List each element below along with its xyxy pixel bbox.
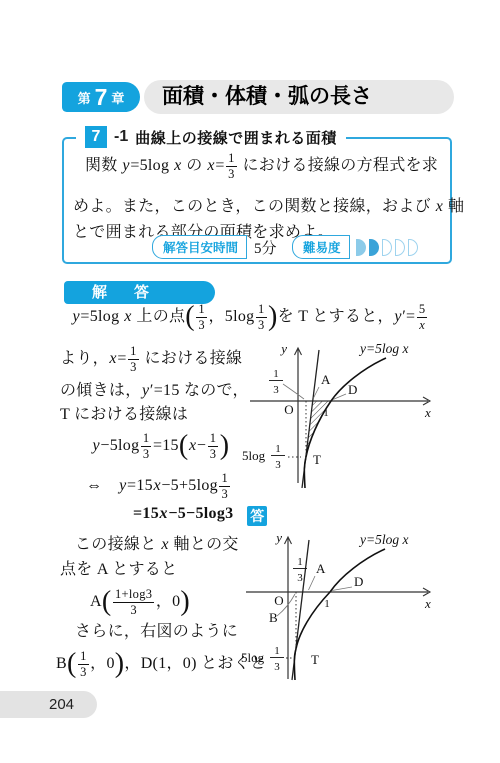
solution-line-7: =15x−5−5log3答 [133,505,267,526]
solution-line-4: T における接線は [60,401,188,424]
leader-a [309,576,316,590]
solution-line-8: この接線と x 軸との交 [75,531,239,554]
point-b-label: B [269,610,278,625]
final-tangent-equation: =15x−5−5log3 [133,505,233,522]
chapter-prefix: 第 [78,88,91,107]
log-curve [294,549,385,680]
x-frac-denominator: 3 [297,572,303,584]
solution-line-1: y=5log x 上の点(13，5log13)を T とすると，y′=5x [72,303,429,332]
chapter-title: 面積・体積・弧の長さ [144,80,454,114]
tick-one-label: 1 [323,407,329,419]
x-axis-label: x [424,596,431,611]
y-axis-label: y [279,341,287,356]
section-number-suffix: -1 [114,128,128,146]
textbook-page: 第 7 章 面積・体積・弧の長さ 7 -1 曲線上の接線で囲まれる面積 関数 y… [0,0,500,763]
y-frac-denominator: 3 [274,661,280,673]
problem-line-2: めよ。また，このとき，この関数と接線，および x 軸 [73,193,464,216]
point-t-label: T [313,452,321,467]
solution-line-2: より，x=13 における接線 [60,345,242,374]
time-badge-label: 解答目安時間 [152,235,247,259]
section-number-badge: 7 [85,126,107,148]
solution-line-12: B(13，0)，D(1，0) とおくと [56,650,266,679]
solution-line-6: ⇔ y=15x−5+5log13 [86,472,232,501]
difficulty-icons [356,239,418,256]
curve-equation-label: y=5log x [358,341,408,356]
answer-badge: 答 [247,506,267,526]
point-a-label: A [316,561,326,576]
difficulty-icon [356,239,366,256]
chapter-number: 7 [95,86,108,109]
point-a-label: A [321,372,331,387]
y-frac-numerator: 1 [275,443,281,455]
solution-line-3: の傾きは，y′=15 なので， [60,377,249,400]
curve-equation-label: y=5log x [358,532,408,547]
origin-label: O [284,402,293,417]
x-frac-numerator: 1 [297,556,303,568]
difficulty-icon [369,239,379,256]
x-axis-label: x [424,405,431,420]
point-d-label: D [348,382,357,397]
solution-line-10: A(1+log33，0) [90,588,190,617]
point-d-label: D [354,574,363,589]
difficulty-badge: 難易度 [292,235,418,259]
solution-line-11: さらに，右図のように [75,618,238,641]
time-value: 5分 [254,237,277,258]
graph-1: y x O 1 3 A D 1 T 5log 1 3 y=5log x [238,338,438,493]
difficulty-icon [395,239,405,256]
difficulty-icon [408,239,418,256]
chapter-suffix: 章 [111,88,124,107]
difficulty-icon [382,239,392,256]
tick-one-label: 1 [324,598,330,610]
x-frac-denominator: 3 [273,384,279,396]
difficulty-label: 難易度 [292,235,350,259]
leader-one-third [283,384,304,399]
chapter-badge: 第 7 章 [62,82,140,112]
y-frac-numerator: 1 [274,645,280,657]
page-number-pill: 204 [0,691,97,718]
origin-label: O [274,593,283,608]
graph-2: y x O 1 3 A B D 1 T 5log 1 3 y=5log x [238,528,438,689]
leader-d [332,587,352,591]
y-value-coeff: 5log [241,650,265,665]
solution-line-5: y−5log13=15(x−13) [92,432,229,461]
solution-line-9: 点を A とすると [60,556,177,579]
section-title: 曲線上の接線で囲まれる面積 [135,127,337,148]
section-title-row: 7 -1 曲線上の接線で囲まれる面積 [76,125,346,149]
point-t-label: T [311,652,319,667]
y-axis-label: y [274,530,282,545]
x-frac-numerator: 1 [273,368,279,380]
y-frac-denominator: 3 [275,459,281,471]
time-badge: 解答目安時間 5分 [152,235,277,259]
problem-line-1: 関数 y=5log x の x=13 における接線の方程式を求 [85,152,438,181]
y-value-coeff: 5log [242,448,266,463]
